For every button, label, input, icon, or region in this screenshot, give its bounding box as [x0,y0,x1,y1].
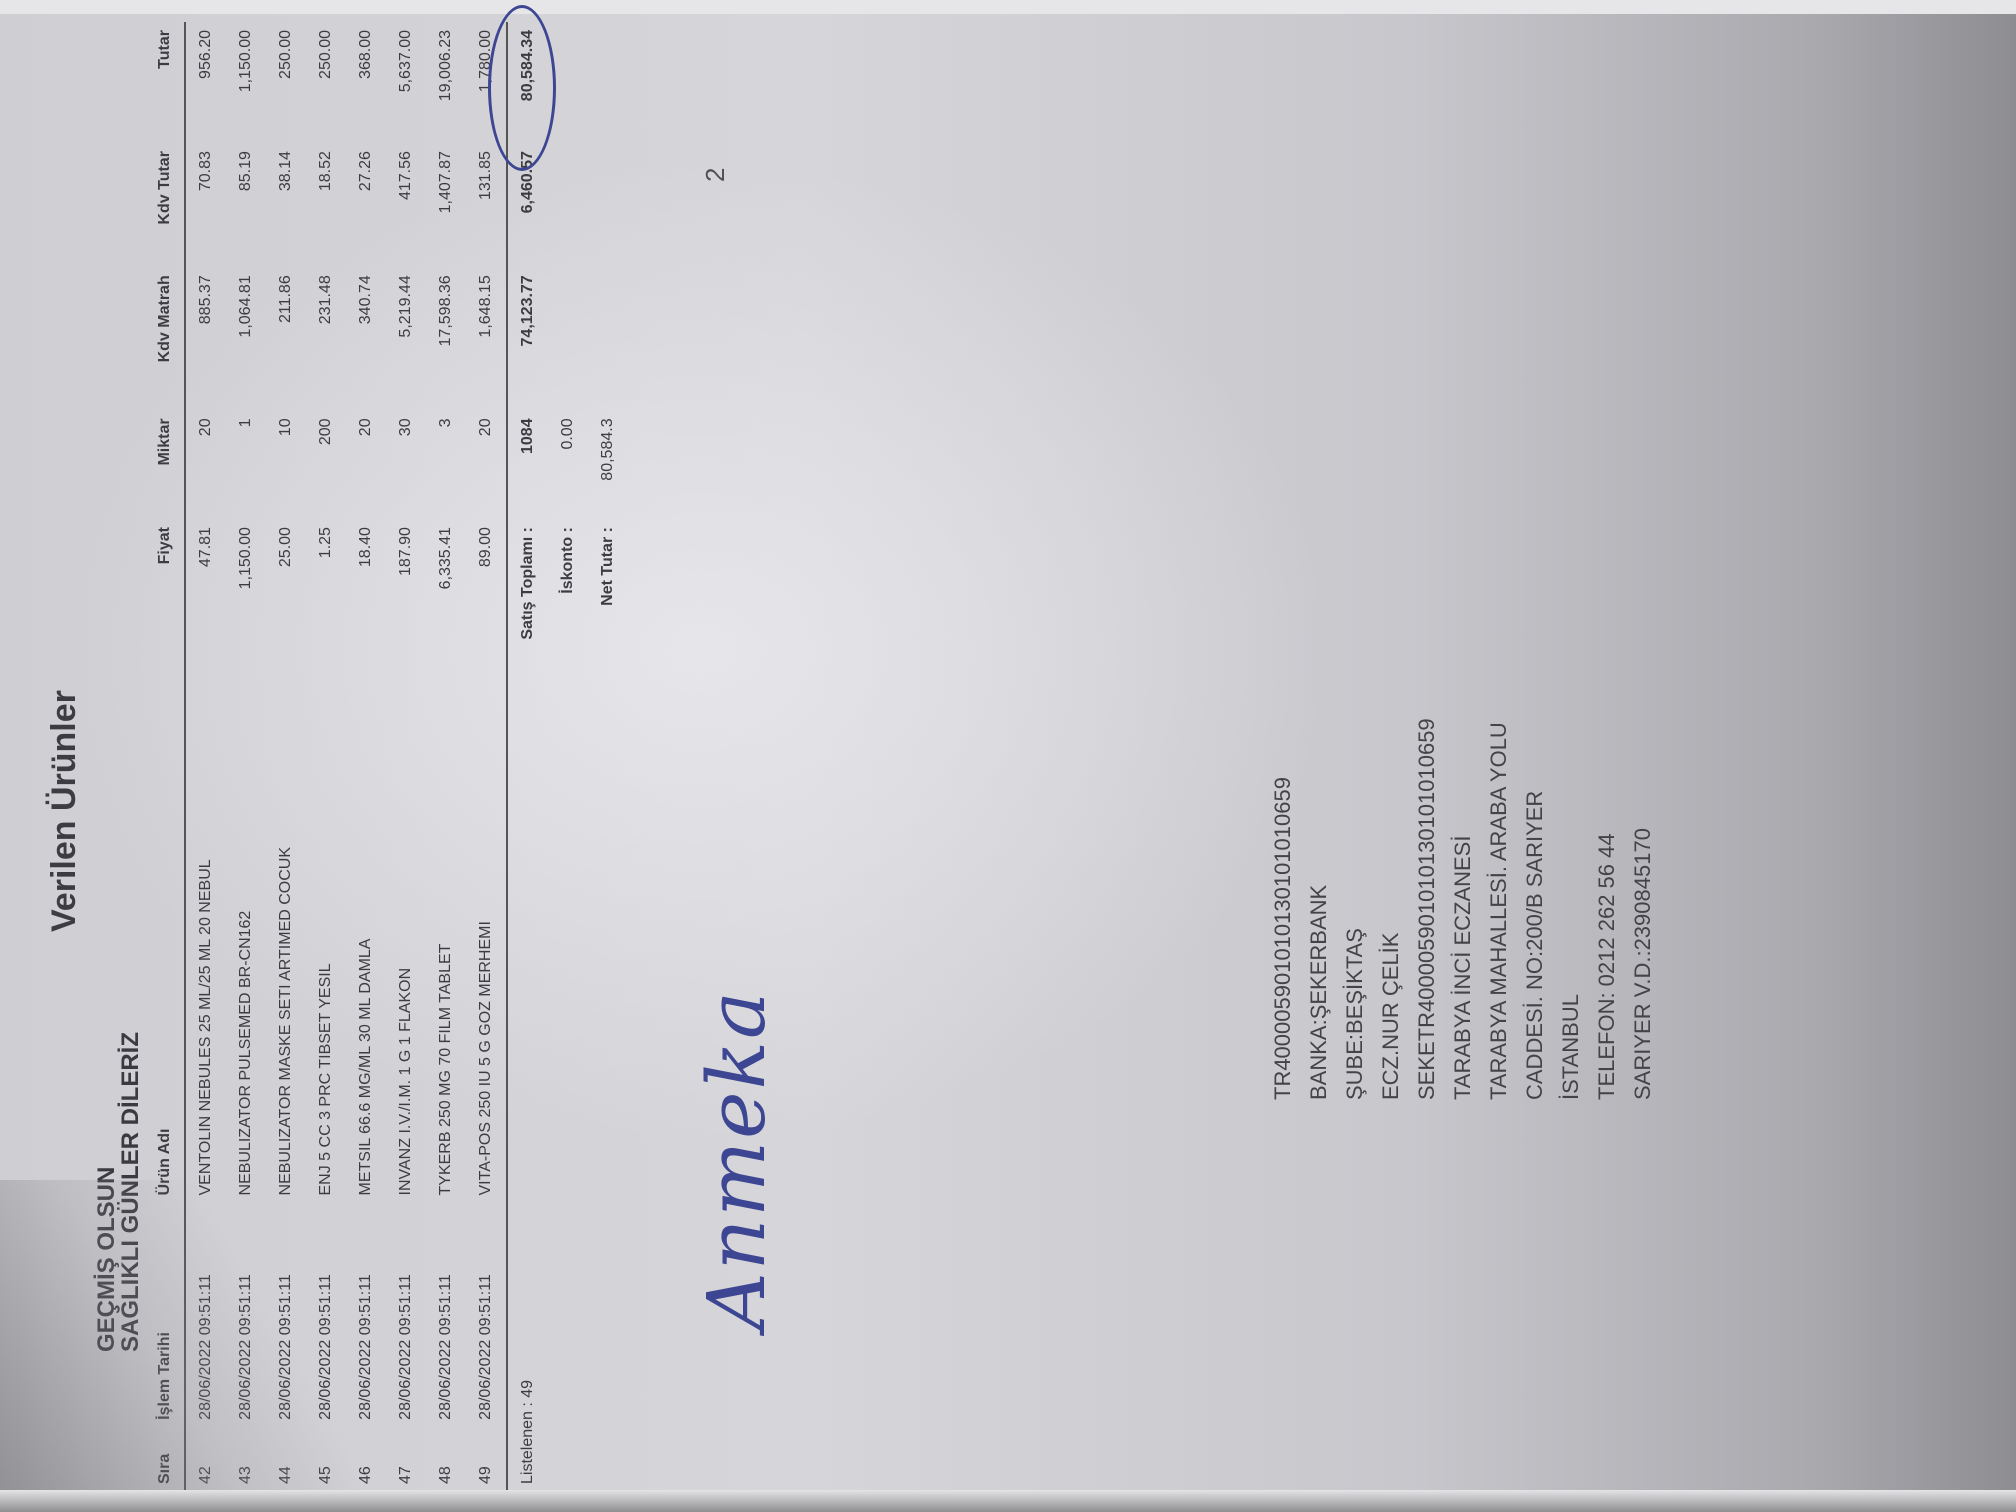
cell-sira: 49 [466,1428,507,1492]
cell-tarih: 28/06/2022 09:51:11 [426,1203,466,1427]
cell-kdv-matrah: 885.37 [185,267,226,410]
cell-miktar: 30 [386,410,426,519]
cell-miktar: 3 [426,410,466,519]
cell-fiyat: 1.25 [306,519,346,698]
table-row: 4828/06/2022 09:51:11TYKERB 250 MG 70 FI… [426,22,466,1492]
header-kdv-matrah: Kdv Matrah [150,267,185,410]
cell-fiyat: 25.00 [266,519,306,698]
cell-sira: 47 [386,1428,426,1492]
bank-info-line: ECZ.NUR ÇELİK [1373,718,1409,1100]
cell-kdv-matrah: 231.48 [306,267,346,410]
page-title: Verilen Ürünler [45,690,84,932]
cell-tutar: 250.00 [306,22,346,143]
cell-tarih: 28/06/2022 09:51:11 [466,1203,507,1427]
cell-urun: METSIL 66.6 MG/ML 30 ML DAMLA [346,698,386,1204]
net-total-row-value: 80,584.3 [588,410,628,519]
net-total-row: Net Tutar :80,584.3 [588,22,628,1492]
cell-kdv-tutar: 1,407.87 [426,143,466,267]
cell-urun: ENJ 5 CC 3 PRC TIBSET YESIL [306,698,346,1204]
cell-kdv-matrah: 1,648.15 [466,267,507,410]
cell-tutar: 956.20 [185,22,226,143]
discount-row: İskonto :0.00 [548,22,588,1492]
cell-miktar: 20 [185,410,226,519]
discount-row-value: 0.00 [548,410,588,519]
cell-kdv-matrah: 5,219.44 [386,267,426,410]
cell-miktar: 1 [226,410,266,519]
cell-urun: INVANZ I.V./I.M. 1 G 1 FLAKON [386,698,426,1204]
cell-kdv-tutar: 85.19 [226,143,266,267]
cell-kdv-tutar: 27.26 [346,143,386,267]
bank-info-line: TELEFON: 0212 262 56 44 [1589,718,1625,1100]
cell-urun: NEBULIZATOR MASKE SETI ARTIMED COCUK [266,698,306,1204]
cell-miktar: 10 [266,410,306,519]
handwritten-annotation: Anmeka [690,989,783,1330]
cell-fiyat: 89.00 [466,519,507,698]
cell-miktar: 200 [306,410,346,519]
total-miktar: 1084 [507,410,548,519]
bank-info-line: TR400005901010130101010659 [1265,718,1301,1100]
header-miktar: Miktar [150,410,185,519]
cell-kdv-matrah: 1,064.81 [226,267,266,410]
cell-kdv-tutar: 38.14 [266,143,306,267]
total-tutar: 80,584.34 [507,22,548,143]
cell-kdv-matrah: 17,598.36 [426,267,466,410]
paper-bottom-edge [0,1490,2016,1512]
bank-info-line: SARIYER V.D.:2390845170 [1625,718,1661,1100]
header-urun-adi: Ürün Adı [150,698,185,1204]
spacer [548,698,588,1492]
cell-kdv-tutar: 70.83 [185,143,226,267]
header-tutar: Tutar [150,22,185,143]
cell-sira: 48 [426,1428,466,1492]
cell-fiyat: 47.81 [185,519,226,698]
cell-urun: VENTOLIN NEBULES 25 ML/25 ML 20 NEBUL [185,698,226,1204]
shadow [0,1180,360,1512]
spacer [588,698,628,1492]
cell-urun: VITA-POS 250 IU 5 G GOZ MERHEMI [466,698,507,1204]
cell-tutar: 1,150.00 [226,22,266,143]
table-row: 4728/06/2022 09:51:11INVANZ I.V./I.M. 1 … [386,22,426,1492]
ink-circle-annotation [488,5,556,171]
header-fiyat: Fiyat [150,519,185,698]
cell-tarih: 28/06/2022 09:51:11 [386,1203,426,1427]
totals-row: Listelenen : 49Satış Toplamı :108474,123… [507,22,548,1492]
bank-info-line: TARABYA MAHALLESİ. ARABA YOLU [1481,718,1517,1100]
bank-info-line: BANKA:ŞEKERBANK [1301,718,1337,1100]
bank-info-line: TARABYA İNCİ ECZANESİ [1445,718,1481,1100]
discount-row-label: İskonto : [548,519,588,698]
cell-tutar: 250.00 [266,22,306,143]
page-number: 2 [700,168,731,182]
bank-info-block: TR400005901010130101010659BANKA:ŞEKERBAN… [1265,718,1661,1100]
cell-miktar: 20 [346,410,386,519]
cell-kdv-tutar: 131.85 [466,143,507,267]
cell-kdv-matrah: 340.74 [346,267,386,410]
cell-kdv-matrah: 211.86 [266,267,306,410]
cell-fiyat: 18.40 [346,519,386,698]
table-row: 4928/06/2022 09:51:11VITA-POS 250 IU 5 G… [466,22,507,1492]
listed-count: Listelenen : 49 [507,698,548,1492]
cell-fiyat: 1,150.00 [226,519,266,698]
cell-tutar: 19,006.23 [426,22,466,143]
cell-miktar: 20 [466,410,507,519]
bank-info-line: SEKETR400005901010130101010659 [1409,718,1445,1100]
cell-tutar: 368.00 [346,22,386,143]
cell-fiyat: 6,335.41 [426,519,466,698]
total-kdv-matrah: 74,123.77 [507,267,548,410]
cell-urun: TYKERB 250 MG 70 FILM TABLET [426,698,466,1204]
bank-info-line: ŞUBE:BEŞİKTAŞ [1337,718,1373,1100]
bank-info-line: CADDESİ. NO:200/B SARIYER [1517,718,1553,1100]
header-kdv-tutar: Kdv Tutar [150,143,185,267]
cell-kdv-tutar: 18.52 [306,143,346,267]
totals-label: Satış Toplamı : [507,519,548,698]
bank-info-line: İSTANBUL [1553,718,1589,1100]
net-total-row-label: Net Tutar : [588,519,628,698]
cell-tutar: 5,637.00 [386,22,426,143]
cell-kdv-tutar: 417.56 [386,143,426,267]
cell-urun: NEBULIZATOR PULSEMED BR-CN162 [226,698,266,1204]
cell-fiyat: 187.90 [386,519,426,698]
